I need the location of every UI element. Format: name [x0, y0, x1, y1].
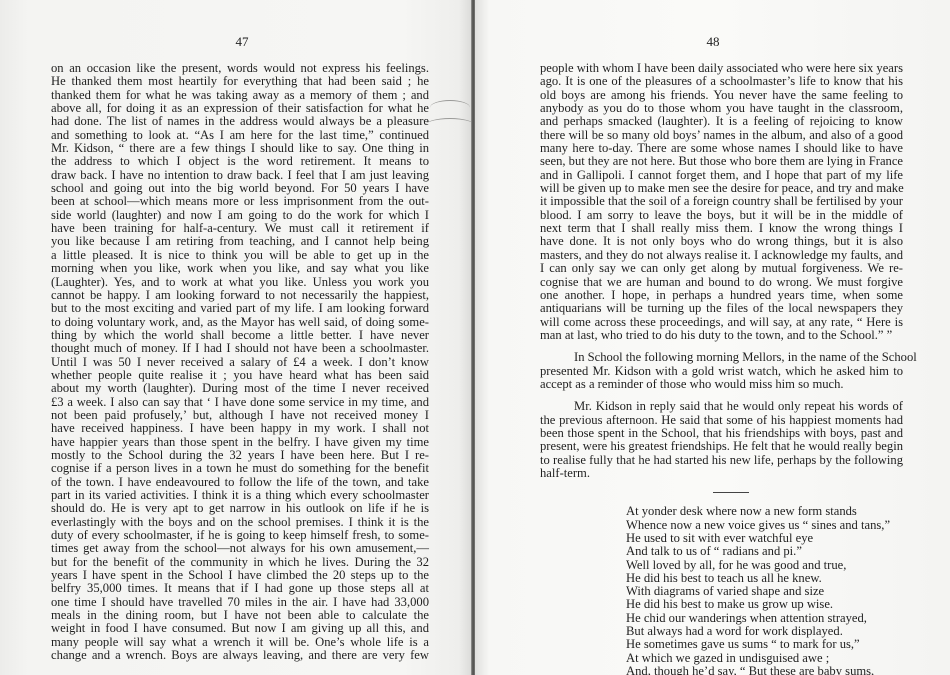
- text-line: accept as a reminder of those who would …: [540, 378, 903, 391]
- text-line: the previous afternoon. He said that som…: [540, 414, 903, 427]
- text-line: masters, and they do not always realise …: [540, 249, 903, 262]
- poem-line: At which we gazed in undisguised awe ;: [626, 652, 903, 665]
- text-line: mostly to the School during the 32 years…: [51, 449, 429, 462]
- text-line: and perhaps smacked (laughter). It is a …: [540, 115, 903, 128]
- text-line: next term that I shall really miss them.…: [540, 222, 903, 235]
- text-line: should do. He is very apt to get narrow …: [51, 502, 429, 515]
- text-line: (Laughter). Yes, and to work at what you…: [51, 276, 429, 289]
- text-line: one another. I hope, in perhaps a hundre…: [540, 289, 903, 302]
- pencil-mark: [425, 118, 475, 133]
- text-line: In School the following morning Mellors,…: [540, 351, 903, 364]
- text-line: Mr. Kidson, “ there are a few things I s…: [51, 142, 429, 155]
- text-line: Until I was 50 I never received a salary…: [51, 356, 429, 369]
- text-line: have happier years than those spent in t…: [51, 436, 429, 449]
- poem-line: Whence now a new voice gives us “ sines …: [626, 519, 903, 532]
- text-line: duty of every schoolmaster, if he is goi…: [51, 529, 429, 542]
- text-line: cannot be happy. I am looking forward to…: [51, 289, 429, 302]
- poem-line: With diagrams of varied shape and size: [626, 585, 903, 598]
- poem-line: At yonder desk where now a new form stan…: [626, 505, 903, 518]
- section-divider: [713, 492, 749, 493]
- text-line: you like because I am retiring from teac…: [51, 235, 429, 248]
- text-line: morning when you like, work when you lik…: [51, 262, 429, 275]
- text-line: above all, for doing it as an expression…: [51, 102, 429, 115]
- poem-line: He did his best to make us grow up wise.: [626, 598, 903, 611]
- page-number: 48: [693, 34, 733, 50]
- text-line: He thanked them most heartily for everyt…: [51, 75, 429, 88]
- poem-line: He sometimes gave us sums “ to mark for …: [626, 638, 903, 651]
- right-page: 48 people with whom I have been daily as…: [475, 0, 950, 675]
- poem-line: And, though he’d say, “ But these are ba…: [626, 665, 903, 675]
- text-line: been at school—which means more or less …: [51, 195, 429, 208]
- text-line: weight in food I have consumed. But now …: [51, 622, 429, 635]
- text-line: part in its varied activities. I think i…: [51, 489, 429, 502]
- poem-line: He used to sit with ever watchful eye: [626, 532, 903, 545]
- poem-line: And talk to us of “ radians and pi.”: [626, 545, 903, 558]
- text-line: had done. The list of names in the addre…: [51, 115, 429, 128]
- paragraph: In School the following morning Mellors,…: [540, 351, 903, 391]
- paragraph: Mr. Kidson in reply said that he would o…: [540, 400, 903, 480]
- text-line: years I have spent in the School I have …: [51, 569, 429, 582]
- text-line: people with whom I have been daily assoc…: [540, 62, 903, 75]
- text-line: and something to look at. “As I am here …: [51, 129, 429, 142]
- text-line: ago. It is one of the pleasures of a sch…: [540, 75, 903, 88]
- text-line: man at last, who tried to do his duty to…: [540, 329, 903, 342]
- text-line: about my worth (laughter). During most o…: [51, 382, 429, 395]
- page-body-text: people with whom I have been daily assoc…: [540, 62, 903, 675]
- text-line: a little pleased. It is nice to think yo…: [51, 249, 429, 262]
- text-line: £3 a week. I also can say that ‘ I have …: [51, 396, 429, 409]
- text-line: will come across these proceedings, and …: [540, 316, 903, 329]
- text-line: change and a wrench. Boys are always lea…: [51, 649, 429, 662]
- text-line: school and going out into the big world …: [51, 182, 429, 195]
- text-line: but to the most exciting and varied part…: [51, 302, 429, 315]
- text-line: been those spent in the School, that his…: [540, 427, 903, 440]
- text-line: anybody as you do to those whom you have…: [540, 102, 903, 115]
- text-line: many people will say what a wrench it wi…: [51, 636, 429, 649]
- text-line: thanked them for what he was taking away…: [51, 89, 429, 102]
- text-line: belfry 35,000 times. It means that if I …: [51, 582, 429, 595]
- text-line: on an occasion like the present, words w…: [51, 62, 429, 75]
- text-line: side world (laughter) and now I am going…: [51, 209, 429, 222]
- text-line: half-term.: [540, 467, 903, 480]
- poem-line: Well loved by all, for he was good and t…: [626, 559, 903, 572]
- text-line: to realise fully that he had started his…: [540, 454, 903, 467]
- text-line: whether people quite realise it ; you ha…: [51, 369, 429, 382]
- text-line: times get away from the school—not alway…: [51, 542, 429, 555]
- text-line: I can only say we can only get along by …: [540, 262, 903, 275]
- text-line: one time I should have travelled 70 mile…: [51, 596, 429, 609]
- poem: At yonder desk where now a new form stan…: [626, 505, 903, 675]
- text-line: it impossible that the soil of a foreign…: [540, 195, 903, 208]
- text-line: old boys are among his friends. You neve…: [540, 89, 903, 102]
- text-line: everlastingly with the boys and on the s…: [51, 516, 429, 529]
- poem-line: He did his best to teach us all he knew.: [626, 572, 903, 585]
- text-line: thing by which the world shall become a …: [51, 329, 429, 342]
- text-line: thought much of money. If I had I should…: [51, 342, 429, 355]
- text-line: have received happiness. I have been hap…: [51, 422, 429, 435]
- poem-line: But always had a word for work displayed…: [626, 625, 903, 638]
- text-line: the address to which I object is the wor…: [51, 155, 429, 168]
- left-page: 47 on an occasion like the present, word…: [0, 0, 473, 675]
- text-line: antiquarians will be turning up the file…: [540, 302, 903, 315]
- text-line: have been training for half-a-century. W…: [51, 222, 429, 235]
- pencil-mark: [430, 100, 470, 115]
- paragraph: people with whom I have been daily assoc…: [540, 62, 903, 342]
- text-line: there will be so many old boys’ names in…: [540, 129, 903, 142]
- text-line: seen, but they are not here. But those w…: [540, 155, 903, 168]
- text-line: of the town. I have endeavoured to follo…: [51, 476, 429, 489]
- text-line: not been paid profusely,’ but, although …: [51, 409, 429, 422]
- text-line: will be given up to make men see the des…: [540, 182, 903, 195]
- text-line: Mr. Kidson in reply said that he would o…: [540, 400, 903, 413]
- text-line: blood. I am sorry to leave the boys, but…: [540, 209, 903, 222]
- text-line: present, were his greatest friendships. …: [540, 440, 903, 453]
- text-line: cognise if a person lives in a town he m…: [51, 462, 429, 475]
- page-number: 47: [222, 34, 262, 50]
- text-line: meals in the dining room, but I have not…: [51, 609, 429, 622]
- text-line: many here to-day. There are some whose n…: [540, 142, 903, 155]
- text-line: but for the benefit of the community in …: [51, 556, 429, 569]
- text-line: have done. It is not only boys who do wr…: [540, 235, 903, 248]
- text-line: presented Mr. Kidson with a gold wrist w…: [540, 365, 903, 378]
- poem-line: He chid our wanderings when attention st…: [626, 612, 903, 625]
- text-line: to doing voluntary work, and, as the May…: [51, 316, 429, 329]
- text-line: cognise that we are human and bound to d…: [540, 276, 903, 289]
- text-line: and in Gallipoli. I cannot forget them, …: [540, 169, 903, 182]
- page-body-text: on an occasion like the present, words w…: [51, 62, 429, 662]
- text-line: draw back. I have no intention to draw b…: [51, 169, 429, 182]
